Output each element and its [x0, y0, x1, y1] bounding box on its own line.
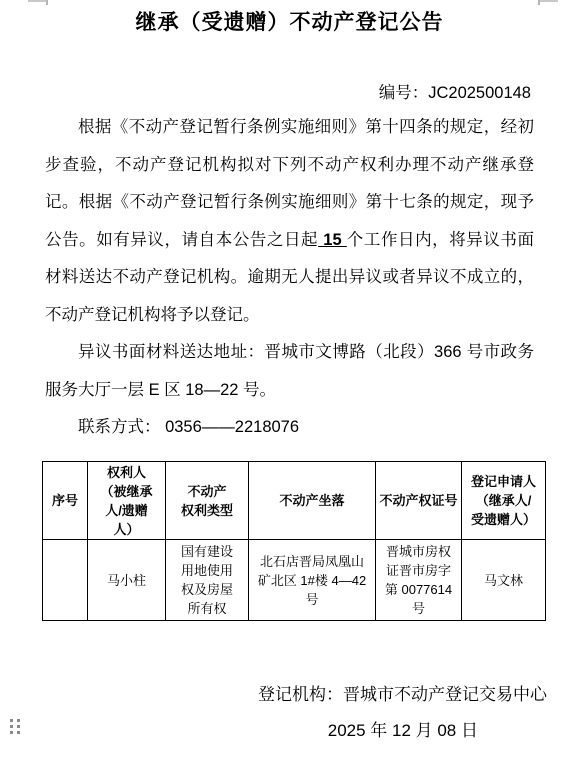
cell-property-location: 北石店晋局凤凰山 矿北区 1#楼 4—42 号: [249, 540, 376, 621]
doc-number-value: JC202500148: [428, 84, 531, 102]
page-corner-mark-left-icon: [28, 0, 48, 2]
col-header-applicant: 登记申请人 （继承人/ 受遗赠人）: [462, 462, 546, 540]
table-row: 马小柱 国有建设 用地使用 权及房屋 所有权 北石店晋局凤凰山 矿北区 1#楼 …: [43, 540, 546, 621]
notice-paragraph-legal: 根据《不动产登记暂行条例实施细则》第十四条的规定，经初步查验，不动产登记机构拟对…: [45, 109, 534, 334]
table-header-row: 序号 权利人 （被继承 人/遗赠 人） 不动产 权利类型 不动产坐落 不动产权证…: [43, 462, 546, 540]
cell-right-holder: 马小柱: [88, 540, 166, 621]
registration-authority-line: 登记机构：晋城市不动产登记交易中心: [0, 680, 579, 705]
announcement-table: 序号 权利人 （被继承 人/遗赠 人） 不动产 权利类型 不动产坐落 不动产权证…: [42, 461, 546, 621]
notice-paragraph-address: 异议书面材料送达地址：晋城市文博路（北段）366 号市政务服务大厅一层 E 区 …: [45, 334, 534, 409]
table-handle-dots-icon: [10, 719, 19, 733]
notice-body: 根据《不动产登记暂行条例实施细则》第十四条的规定，经初步查验，不动产登记机构拟对…: [45, 109, 534, 447]
cell-right-type: 国有建设 用地使用 权及房屋 所有权: [166, 540, 249, 621]
col-header-serial-number: 序号: [43, 462, 88, 540]
col-header-right-holder: 权利人 （被继承 人/遗赠 人）: [88, 462, 166, 540]
page-corner-mark-right-icon: [538, 0, 558, 2]
announcement-date-line: 2025 年 12 月 08 日: [0, 716, 579, 741]
cell-certificate-number: 晋城市房权 证晋市房字 第 0077614 号: [376, 540, 462, 621]
cell-serial-number: [43, 540, 88, 621]
document-page: 继承（受遗赠）不动产登记公告 编号：JC202500148 根据《不动产登记暂行…: [0, 0, 579, 767]
col-header-certificate-number: 不动产权证号: [376, 462, 462, 540]
notice-paragraph-contact: 联系方式： 0356——2218076: [45, 409, 534, 447]
doc-number-label: 编号：: [379, 84, 429, 102]
paragraph-text-before-days: 根据《不动产登记暂行条例实施细则》第十四条的规定，经初步查验，不动产登记机构拟对…: [45, 118, 534, 249]
doc-number-line: 编号：JC202500148: [45, 79, 533, 103]
page-title: 继承（受遗赠）不动产登记公告: [0, 6, 579, 36]
col-header-right-type: 不动产 权利类型: [166, 462, 249, 540]
cell-applicant: 马文林: [462, 540, 546, 621]
objection-days-value: 15: [318, 231, 347, 249]
col-header-property-location: 不动产坐落: [249, 462, 376, 540]
